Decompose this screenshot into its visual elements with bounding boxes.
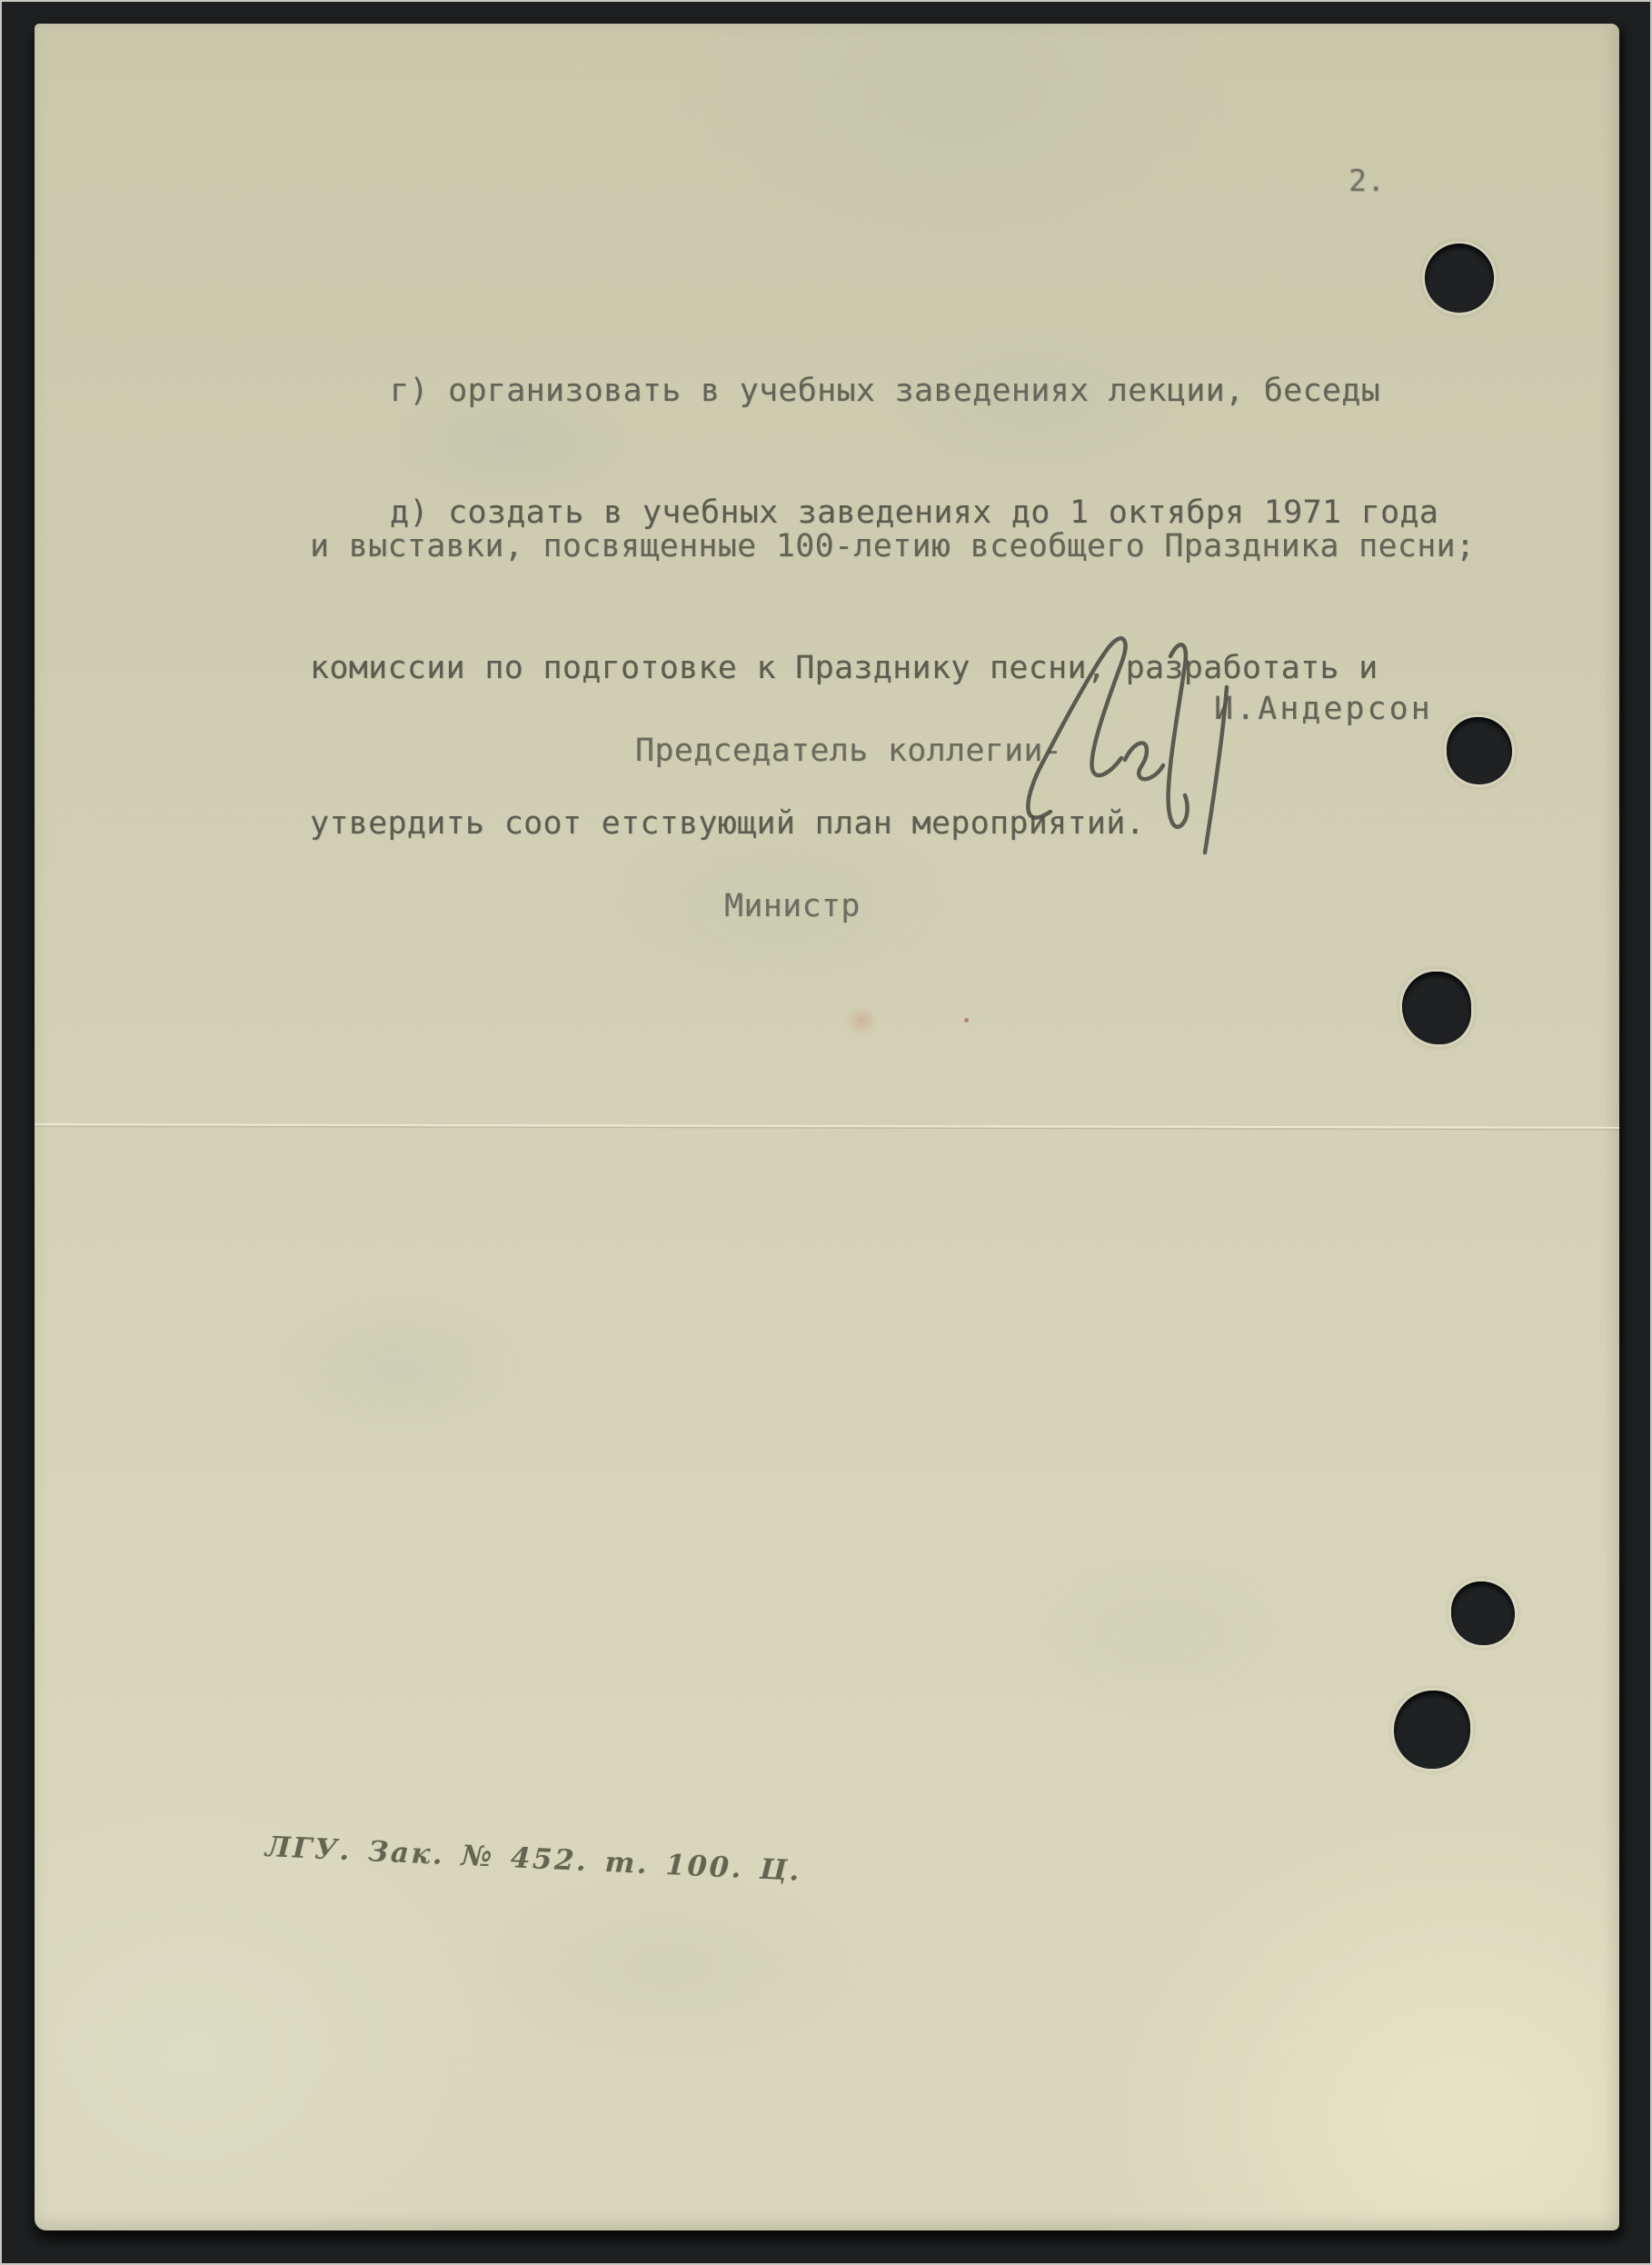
signer-name: И.Андерсон bbox=[1214, 683, 1433, 735]
page-number: 2. bbox=[1348, 155, 1385, 206]
punch-hole bbox=[1425, 244, 1494, 313]
signer-title-line: Министр bbox=[635, 881, 1062, 933]
signature-titles: Председатель коллегии- Министр bbox=[635, 622, 1062, 1036]
document-line: д) создать в учебных заведениях до 1 окт… bbox=[310, 487, 1438, 539]
punch-hole bbox=[1447, 717, 1512, 784]
red-ink-speck bbox=[964, 1018, 969, 1023]
punch-hole bbox=[1451, 1582, 1515, 1645]
signer-title-line: Председатель коллегии- bbox=[635, 725, 1062, 777]
red-ink-smudge bbox=[840, 1001, 883, 1041]
print-shop-note: ЛГУ. Зак. № 452. т. 100. Ц. bbox=[264, 1831, 801, 1888]
fold-crease bbox=[35, 1123, 1619, 1131]
document-page: 2. г) организовать в учебных заведениях … bbox=[35, 24, 1619, 2230]
punch-hole bbox=[1402, 972, 1471, 1044]
handwritten-signature-icon bbox=[1023, 625, 1278, 862]
scanned-document-photo: { "page": { "number": "2." }, "colors": … bbox=[0, 0, 1652, 2265]
punch-hole bbox=[1394, 1691, 1470, 1769]
